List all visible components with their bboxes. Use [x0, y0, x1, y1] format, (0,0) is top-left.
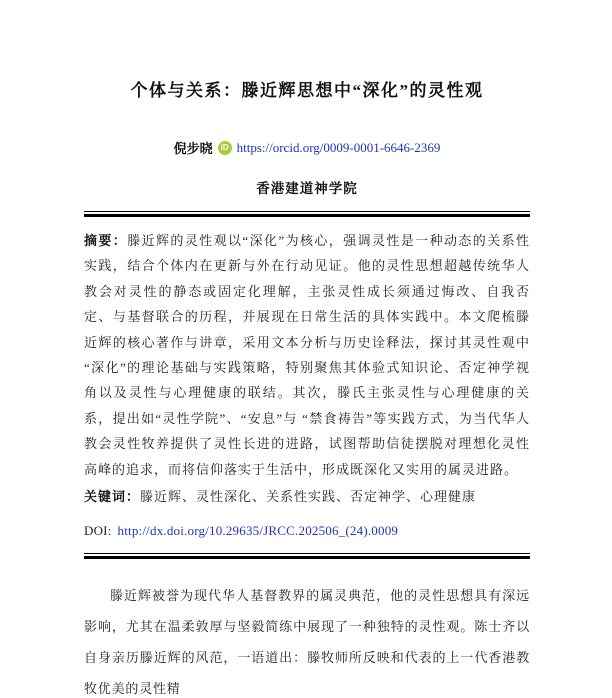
- doi-link[interactable]: http://dx.doi.org/10.29635/JRCC.202506_(…: [118, 523, 399, 538]
- orcid-icon[interactable]: iD: [218, 141, 232, 155]
- paper-title: 个体与关系：滕近辉思想中“深化”的灵性观: [84, 0, 530, 101]
- keywords-text: 滕近辉、灵性深化、关系性实践、否定神学、心理健康: [140, 489, 476, 504]
- author-name: 倪步晓: [174, 138, 213, 157]
- doi-line: DOI:http://dx.doi.org/10.29635/JRCC.2025…: [84, 518, 530, 543]
- abstract-top-separator: [84, 211, 530, 217]
- abstract-label: 摘要：: [84, 233, 127, 248]
- abstract-bottom-separator: [84, 553, 530, 559]
- doi-label: DOI:: [84, 523, 112, 538]
- keywords-label: 关键词：: [84, 489, 140, 504]
- author-affiliation: 香港建道神学院: [84, 177, 530, 197]
- body-paragraph: 滕近辉被誉为现代华人基督教界的属灵典范，他的灵性思想具有深远影响，尤其在温柔敦厚…: [84, 580, 530, 698]
- document-page: 个体与关系：滕近辉思想中“深化”的灵性观 倪步晓 iD https://orci…: [0, 0, 612, 698]
- abstract-text: 滕近辉的灵性观以“深化”为核心，强调灵性是一种动态的关系性实践，结合个体内在更新…: [84, 233, 530, 477]
- abstract-paragraph: 摘要：滕近辉的灵性观以“深化”为核心，强调灵性是一种动态的关系性实践，结合个体内…: [84, 228, 530, 482]
- keywords-line: 关键词：滕近辉、灵性深化、关系性实践、否定神学、心理健康: [84, 484, 530, 509]
- author-line: 倪步晓 iD https://orcid.org/0009-0001-6646-…: [84, 138, 530, 157]
- orcid-link[interactable]: https://orcid.org/0009-0001-6646-2369: [237, 140, 441, 156]
